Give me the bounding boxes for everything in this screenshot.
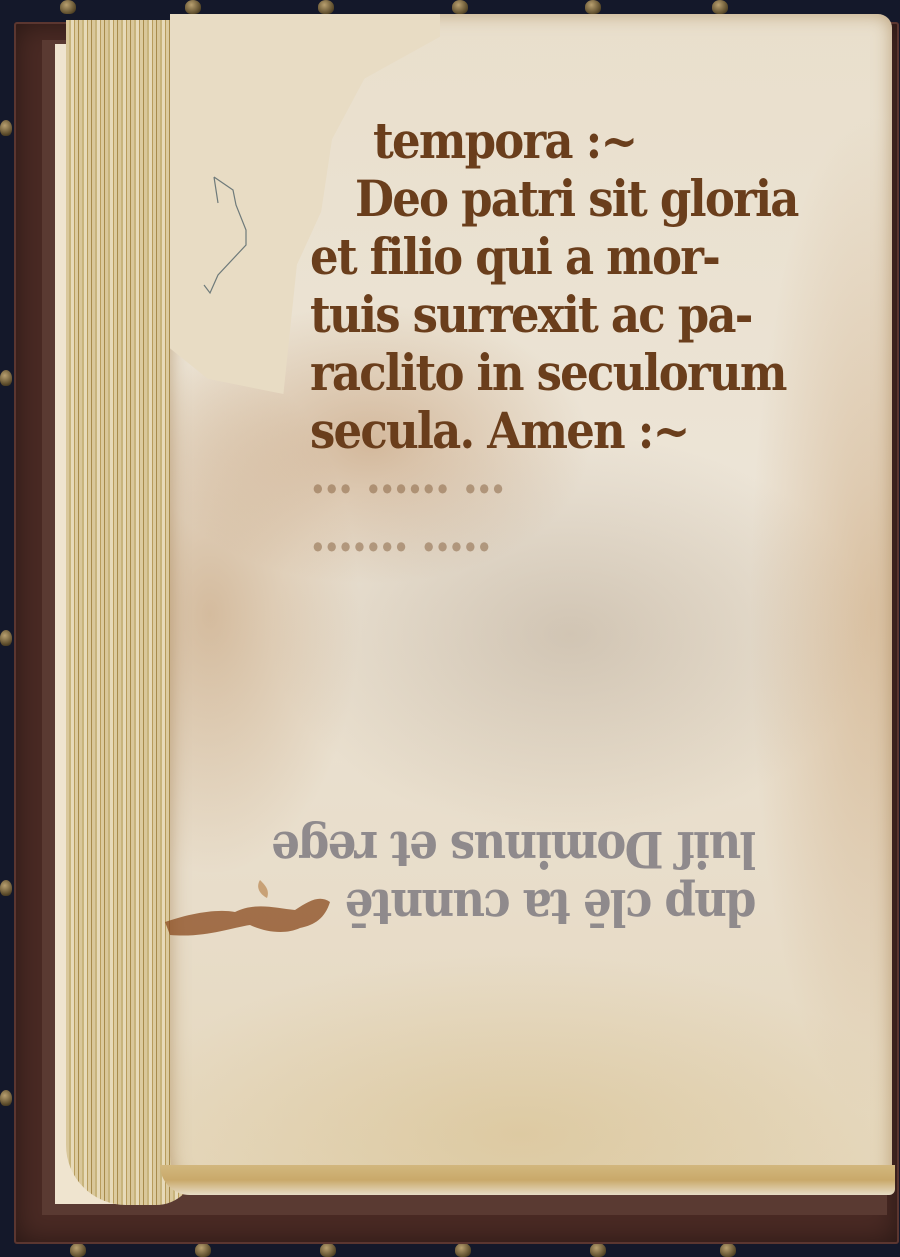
text-line-2: Deo patri sit gloria	[310, 170, 733, 228]
clasp-pin	[318, 0, 334, 14]
text-line-3: et filio qui a mor-	[310, 228, 733, 286]
text-line-1: tempora :~	[310, 112, 733, 170]
clasp-pin	[0, 1090, 12, 1106]
clasp-pin	[195, 1243, 211, 1257]
clasp-pin	[0, 880, 12, 896]
clasp-pin	[0, 120, 12, 136]
text-line-6: secula. Amen :~	[310, 402, 733, 460]
clasp-pin	[455, 1243, 471, 1257]
main-text-column: tempora :~ Deo patri sit gloria et filio…	[310, 112, 780, 576]
text-line-4: tuis surrexit ac pa-	[310, 286, 733, 344]
clasp-pin	[0, 370, 12, 386]
clasp-pin	[712, 0, 728, 14]
text-line-5: raclito in seculorum	[310, 344, 733, 402]
leaf-bottom-edge	[160, 1165, 895, 1195]
clasp-pin	[0, 630, 12, 646]
showthrough-line-1: luiſ Dominus et rege	[334, 820, 757, 878]
showthrough-line-2: dnp clē ta cunntē	[334, 878, 757, 936]
clasp-pin	[720, 1243, 736, 1257]
faded-line-1: ··· ······ ···	[310, 460, 733, 518]
clasp-pin	[70, 1243, 86, 1257]
clasp-pin	[185, 0, 201, 14]
clasp-pin	[590, 1243, 606, 1257]
faded-line-2: ······· ·····	[310, 518, 733, 576]
showthrough-text: luiſ Dominus et rege dnp clē ta cunntē	[310, 820, 780, 936]
clasp-pin	[452, 0, 468, 14]
clasp-pin	[60, 0, 76, 14]
clasp-pin	[320, 1243, 336, 1257]
clasp-pin	[585, 0, 601, 14]
pencil-mark	[198, 175, 258, 305]
